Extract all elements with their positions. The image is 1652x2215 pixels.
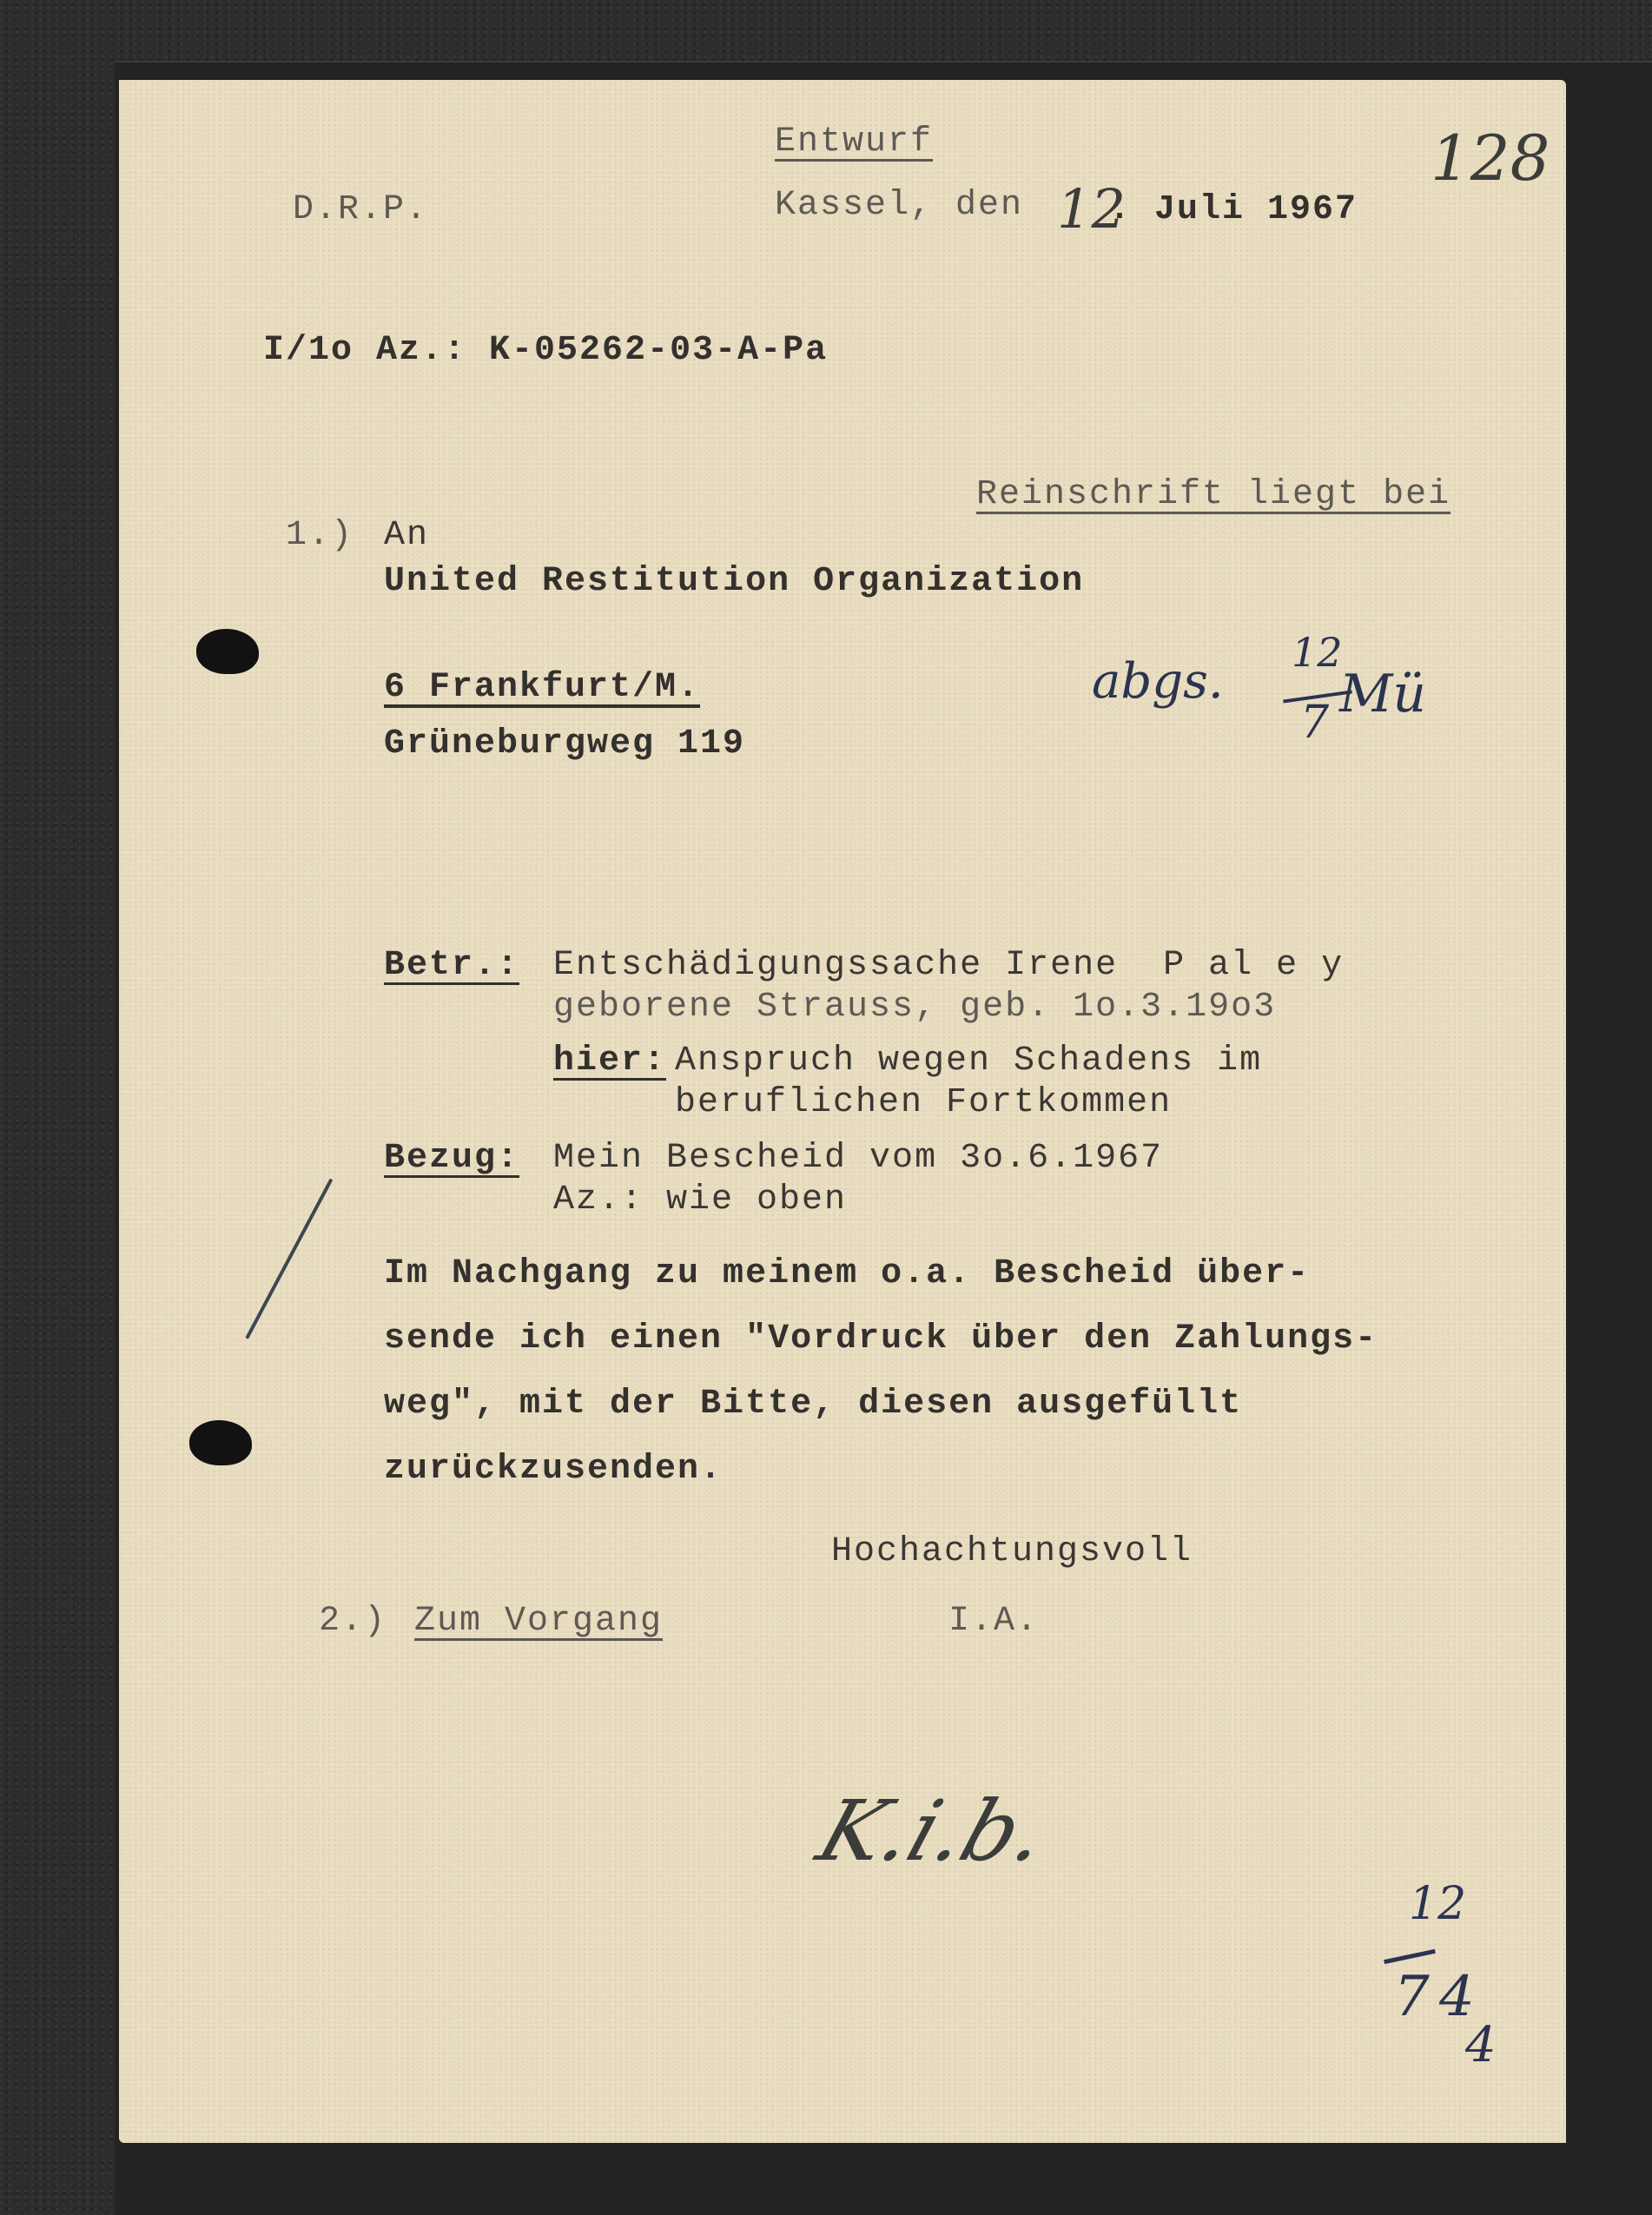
reference-number: I/1o Az.: K-05262-03-A-Pa (263, 334, 828, 368)
reference-to-label: Bezug: (384, 1141, 519, 1176)
reference-to-line-1: Mein Bescheid vom 3o.6.1967 (553, 1141, 1163, 1176)
recipient-to: An (384, 519, 429, 553)
bottom-note-handwritten: 12 7 4 4 (1370, 1869, 1561, 2130)
dispatch-label: abgs. (1092, 653, 1224, 710)
draft-label: Entwurf (775, 125, 933, 160)
document-page: D.R.P. Entwurf Kassel, den 12 . Juli 196… (119, 80, 1566, 2143)
subject-line-1: Entschädigungssache Irene P al e y (553, 949, 1344, 983)
signature-prefix: I.A. (948, 1604, 1039, 1639)
bottom-note-year-b: 4 (1465, 2017, 1497, 2073)
punch-hole-top (196, 629, 259, 674)
page-number-handwritten: 128 (1431, 122, 1550, 195)
punch-hole-bottom (189, 1420, 252, 1465)
sender-code: D.R.P. (293, 193, 428, 228)
reference-to-line-2: Az.: wie oben (553, 1183, 847, 1218)
bottom-note-month: 7 (1394, 1965, 1430, 2029)
body-line-1: Im Nachgang zu meinem o.a. Bescheid über… (384, 1257, 1310, 1292)
subject-line-2: geborene Strauss, geb. 1o.3.19o3 (553, 990, 1276, 1025)
subject-label: Betr.: (384, 949, 519, 983)
bottom-note-fraction-bar (1384, 1949, 1436, 1964)
subject-hier-label: hier: (553, 1044, 666, 1079)
margin-mark (245, 1178, 333, 1339)
recipient-city: 6 Frankfurt/M. (384, 671, 700, 705)
bottom-note-day: 12 (1409, 1878, 1466, 1930)
dispatch-initials: Mü (1339, 664, 1426, 724)
dispatch-day: 12 (1292, 629, 1343, 676)
dispatch-note-handwritten: abgs. 12 7 Mü (1092, 636, 1457, 766)
recipient-street: Grüneburgweg 119 (384, 727, 745, 762)
date-month-year: . Juli 1967 (1109, 193, 1358, 228)
dispatch-month: 7 (1300, 697, 1329, 749)
signature-handwritten: K.i.b. (807, 1782, 1061, 1880)
closing: Hochachtungsvoll (831, 1535, 1193, 1570)
item-number-1: 1.) (286, 519, 354, 553)
subject-hier-line-2: beruflichen Fortkommen (675, 1086, 1172, 1121)
body-line-2: sende ich einen "Vordruck über den Zahlu… (384, 1322, 1378, 1357)
fair-copy-note: Reinschrift liegt bei (976, 478, 1450, 512)
item-number-2: 2.) (319, 1604, 387, 1639)
subject-hier-line-1: Anspruch wegen Schadens im (675, 1044, 1262, 1079)
place-date-prefix: Kassel, den (775, 188, 1023, 223)
body-line-3: weg", mit der Bitte, diesen ausgefüllt (384, 1387, 1242, 1422)
body-line-4: zurückzusenden. (384, 1452, 723, 1487)
recipient-organization: United Restitution Organization (384, 565, 1084, 599)
item-2-text: Zum Vorgang (414, 1604, 663, 1639)
